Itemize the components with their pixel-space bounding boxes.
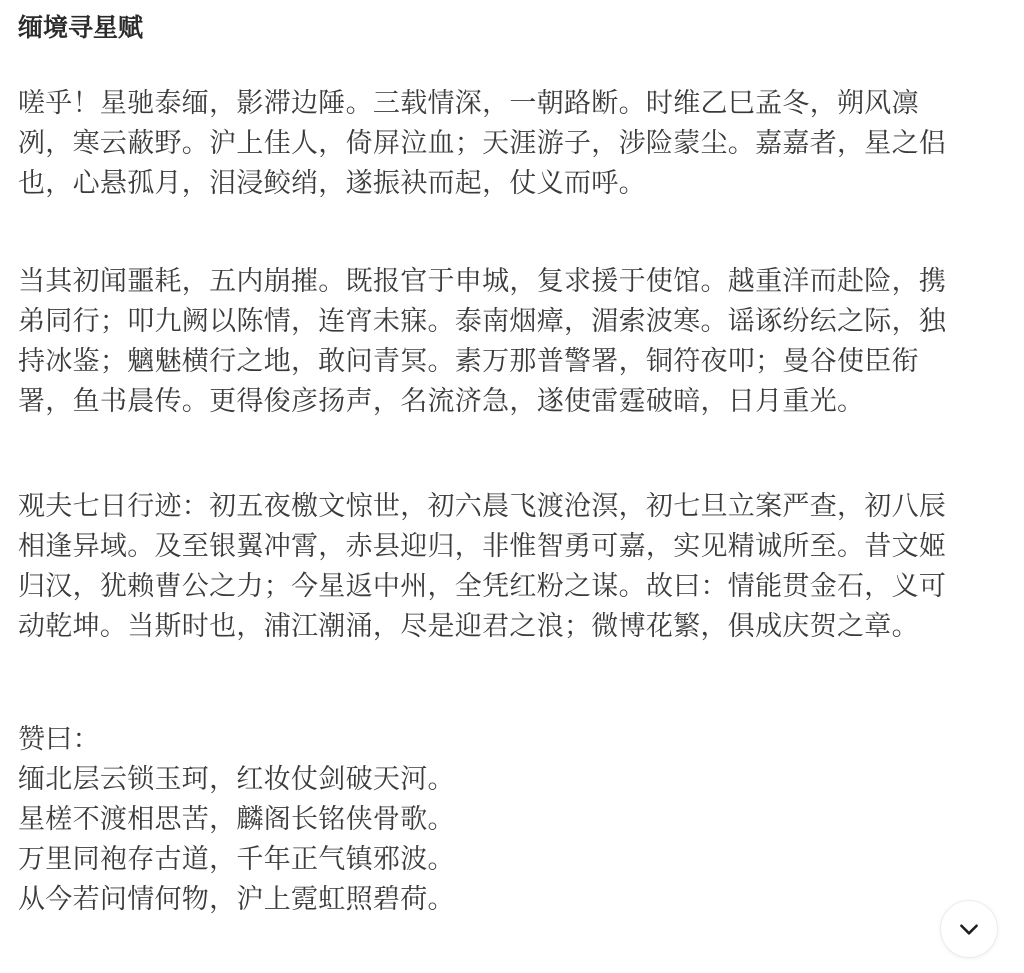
poem-line: 从今若问情何物，沪上霓虹照碧荷。 xyxy=(18,880,455,920)
text-line: 冽，寒云蔽野。沪上佳人，倚屏泣血；天涯游子，涉险蒙尘。嘉嘉者，星之侣 xyxy=(18,124,946,164)
poem-heading: 赞曰： xyxy=(18,720,455,760)
text-line: 当其初闻噩耗，五内崩摧。既报官于申城，复求援于使馆。越重洋而赴险，携 xyxy=(18,262,946,302)
poem-line: 缅北层云锁玉珂，红妆仗剑破天河。 xyxy=(18,760,455,800)
chevron-down-icon xyxy=(956,916,982,942)
paragraph-intro: 嗟乎！星驰泰缅，影滞边陲。三载情深，一朝路断。时维乙巳孟冬，朔风凛 冽，寒云蔽野… xyxy=(18,84,946,204)
poem-line: 万里同袍存古道，千年正气镇邪波。 xyxy=(18,840,455,880)
text-line: 嗟乎！星驰泰缅，影滞边陲。三载情深，一朝路断。时维乙巳孟冬，朔风凛 xyxy=(18,84,946,124)
text-line: 署，鱼书晨传。更得俊彦扬声，名流济急，遂使雷霆破暗，日月重光。 xyxy=(18,382,946,422)
scroll-down-button[interactable] xyxy=(940,900,998,958)
text-line: 弟同行；叩九阙以陈情，连宵未寐。泰南烟瘴，湄索波寒。谣诼纷纭之际，独 xyxy=(18,302,946,342)
article-title: 缅境寻星赋 xyxy=(18,10,143,46)
text-line: 归汉，犹赖曹公之力；今星返中州，全凭红粉之谋。故曰：情能贯金石，义可 xyxy=(18,567,946,607)
text-line: 也，心悬孤月，泪浸鲛绡，遂振袂而起，仗义而呼。 xyxy=(18,164,946,204)
paragraph-rescue: 当其初闻噩耗，五内崩摧。既报官于申城，复求援于使馆。越重洋而赴险，携 弟同行；叩… xyxy=(18,262,946,422)
text-line: 相逢异域。及至银翼冲霄，赤县迎归，非惟智勇可嘉，实见精诚所至。昔文姬 xyxy=(18,527,946,567)
text-line: 持冰鉴；魑魅横行之地，敢问青冥。素万那普警署，铜符夜叩；曼谷使臣衔 xyxy=(18,342,946,382)
text-line: 观夫七日行迹：初五夜檄文惊世，初六晨飞渡沧溟，初七旦立案严查，初八辰 xyxy=(18,487,946,527)
text-line: 动乾坤。当斯时也，浦江潮涌，尽是迎君之浪；微博花繁，俱成庆贺之章。 xyxy=(18,607,946,647)
paragraph-timeline: 观夫七日行迹：初五夜檄文惊世，初六晨飞渡沧溟，初七旦立案严查，初八辰 相逢异域。… xyxy=(18,487,946,647)
poem-line: 星槎不渡相思苦，麟阁长铭侠骨歌。 xyxy=(18,800,455,840)
paragraph-eulogy-poem: 赞曰： 缅北层云锁玉珂，红妆仗剑破天河。 星槎不渡相思苦，麟阁长铭侠骨歌。 万里… xyxy=(18,720,455,920)
